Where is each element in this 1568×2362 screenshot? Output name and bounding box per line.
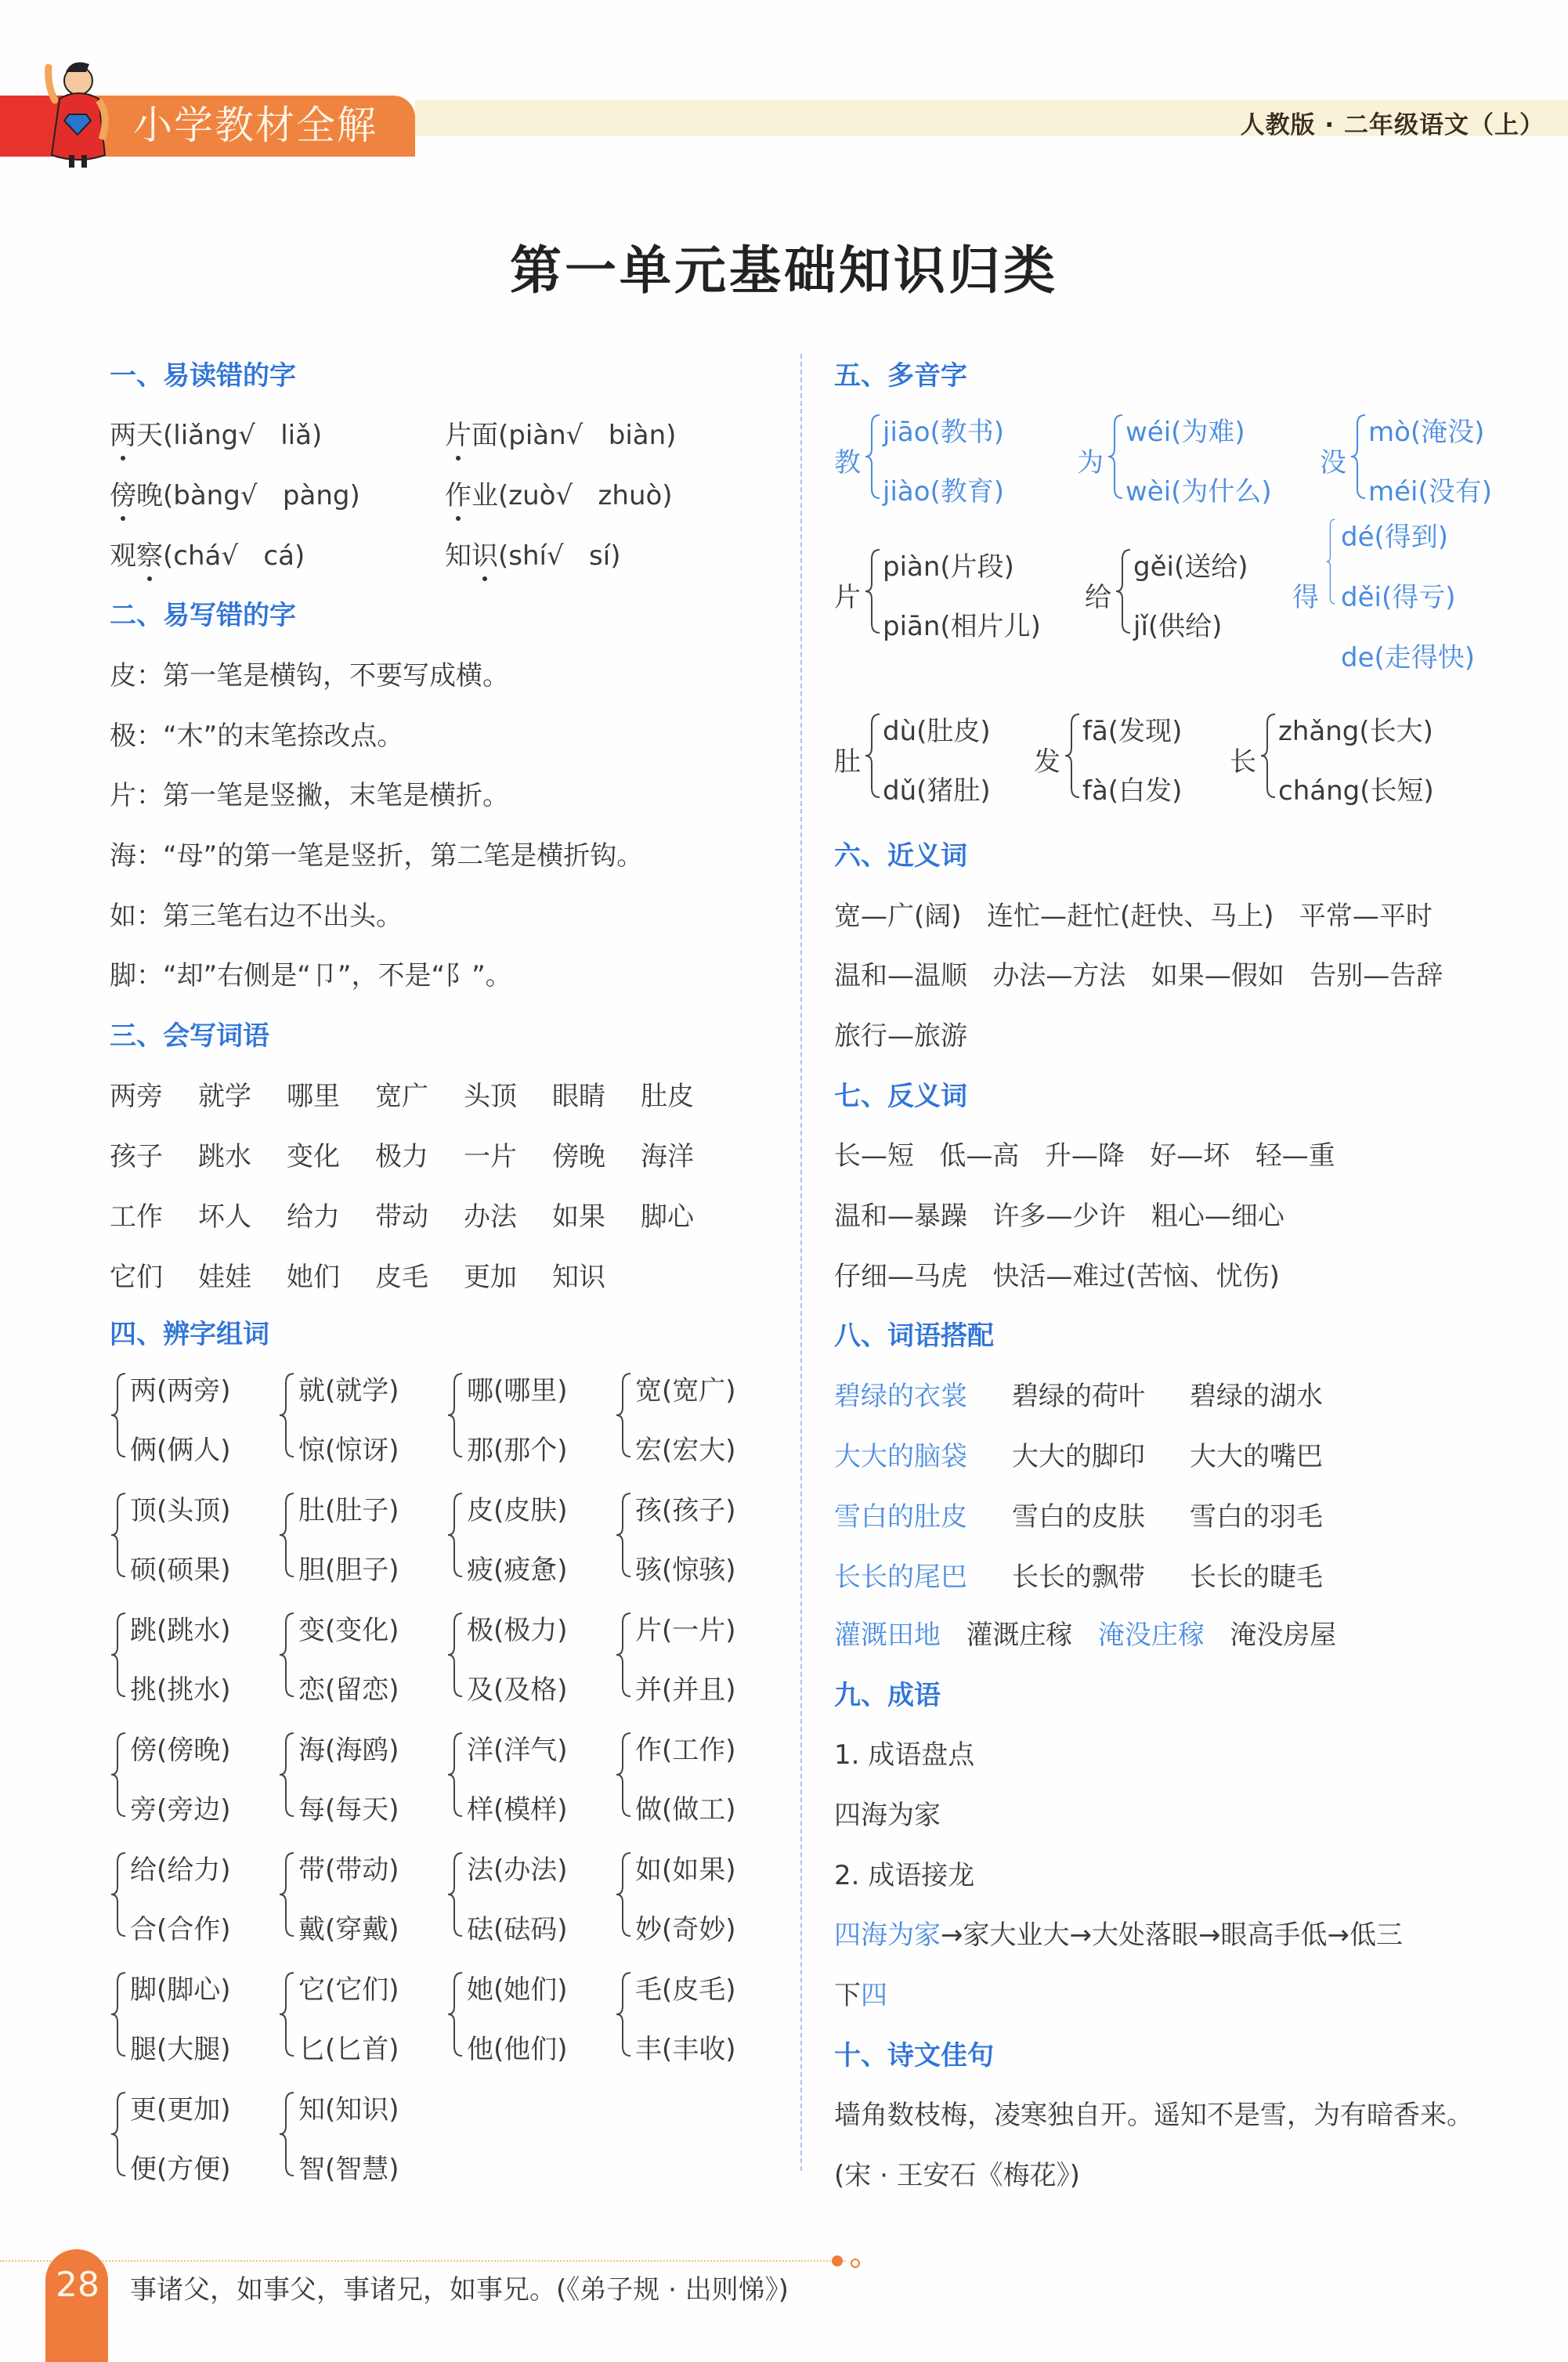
misread-item: 片面(piàn√ biàn) (445, 414, 676, 452)
polyphone-reading: dǔ(猪肚) (883, 769, 991, 807)
brace-icon (1107, 414, 1124, 500)
poem-text: 墙角数枝梅，凌寒独自开。遥知不是雪，为有暗香来。 (834, 2093, 1473, 2132)
word-item: 极力 (375, 1135, 428, 1173)
brace-icon (446, 1851, 464, 1938)
section-title-polyphones: 五、多音字 (834, 354, 967, 392)
brace-icon (278, 1372, 295, 1458)
brace-icon (110, 1732, 127, 1818)
collocation-item: 碧绿的湖水 (1190, 1374, 1323, 1413)
footer-dot-icon (832, 2255, 843, 2266)
brace-icon (110, 1971, 127, 2057)
polyphone-reading: fà(白发) (1082, 769, 1182, 807)
polyphone-reading: wéi(为难) (1125, 410, 1245, 449)
brace-icon (110, 1372, 127, 1458)
brace-icon (110, 1851, 127, 1938)
collocation-item: 大大的脚印 (1012, 1435, 1145, 1473)
misread-item: 作业(zuò√ zhuò) (445, 474, 673, 512)
polyphone-reading: de(走得快) (1341, 636, 1475, 674)
polyphone-char: 肚 (834, 740, 861, 778)
collocation-item: 雪白的肚皮 (834, 1495, 967, 1533)
brace-icon (615, 1971, 632, 2057)
brace-icon (1115, 548, 1132, 634)
word-item: 跳水 (198, 1135, 251, 1173)
idiom-chain-end: 下四 (834, 1974, 887, 2012)
polyphone-reading: piàn(片段) (883, 545, 1014, 583)
brace-icon (1349, 414, 1367, 500)
footer-ring-icon (851, 2259, 860, 2268)
miswrite-item: 片：第一笔是竖撇，末笔是横折。 (110, 774, 509, 812)
word-item: 海洋 (641, 1135, 694, 1173)
polyphone-reading: wèi(为什么) (1125, 470, 1272, 508)
polyphone-char: 片 (834, 576, 861, 614)
word-item: 变化 (287, 1135, 340, 1173)
misread-item: 观察(chá√ cá) (110, 534, 305, 572)
edition-label: 人教版 · 二年级语文（上） (1241, 105, 1545, 140)
brace-icon (278, 1732, 295, 1818)
polyphone-char: 没 (1320, 441, 1346, 479)
idiom-chain: 四海为家→家大业大→大处落眼→眼高手低→低三 (834, 1913, 1403, 1952)
idiom-item: 四海为家 (834, 1793, 941, 1832)
polyphone-char: 教 (834, 441, 861, 479)
miswrite-item: 如：第三笔右边不出头。 (110, 894, 403, 933)
misread-item: 两天(liǎng√ liǎ) (110, 414, 322, 452)
word-item: 她们 (287, 1255, 340, 1294)
synonym-row: 宽—广(阔) 连忙—赶忙(赶快、马上) 平常—平时 (834, 894, 1433, 933)
miswrite-item: 海：“母”的第一笔是竖折，第二笔是横折钩。 (110, 834, 643, 872)
polyphone-reading: zhǎng(长大) (1278, 710, 1433, 748)
brace-icon (278, 1971, 295, 2057)
brace-icon (615, 1732, 632, 1818)
polyphone-reading: dù(肚皮) (883, 710, 991, 748)
brace-icon (1064, 713, 1081, 799)
brace-icon (110, 2091, 127, 2177)
word-item: 两旁 (110, 1074, 163, 1113)
section-title-easy-misread: 一、易读错的字 (110, 354, 296, 392)
antonym-row: 温和—暴躁 许多—少许 粗心—细心 (834, 1194, 1284, 1233)
brace-icon (864, 414, 881, 500)
section-title-idioms: 九、成语 (834, 1674, 941, 1712)
miswrite-item: 极：“木”的末笔捺改点。 (110, 714, 403, 753)
footer-divider (0, 2260, 846, 2262)
polyphone-reading: cháng(长短) (1278, 769, 1434, 807)
polyphone-reading: piān(相片儿) (883, 605, 1041, 643)
antonym-row: 仔细—马虎 快活—难过(苦恼、忧伤) (834, 1255, 1280, 1293)
page-title: 第一单元基础知识归类 (0, 229, 1568, 303)
idiom-subheading: 2. 成语接龙 (834, 1854, 974, 1892)
polyphone-reading: jiào(教育) (883, 470, 1004, 508)
word-item: 它们 (110, 1255, 163, 1294)
brace-icon (615, 1851, 632, 1938)
brace-icon (864, 713, 881, 799)
collocation-row: 灌溉田地 灌溉庄稼 淹没庄稼 淹没房屋 (834, 1613, 1336, 1652)
brace-icon (1259, 713, 1277, 799)
section-title-synonyms: 六、近义词 (834, 834, 967, 872)
polyphone-reading: gěi(送给) (1133, 545, 1248, 583)
word-item: 傍晚 (552, 1135, 605, 1173)
series-title: 小学教材全解 (133, 102, 378, 149)
brace-icon (446, 1732, 464, 1818)
antonym-row: 长—短 低—高 升—降 好—坏 轻—重 (834, 1134, 1335, 1172)
word-item: 娃娃 (198, 1255, 251, 1294)
collocation-item: 大大的嘴巴 (1190, 1435, 1323, 1473)
miswrite-item: 脚：“却”右侧是“卩”，不是“阝”。 (110, 954, 512, 992)
collocation-item: 碧绿的荷叶 (1012, 1374, 1145, 1413)
brace-icon (615, 1372, 632, 1458)
word-item: 工作 (110, 1195, 163, 1233)
idiom-subheading: 1. 成语盘点 (834, 1733, 974, 1771)
brace-icon (278, 1612, 295, 1698)
misread-item: 傍晚(bàng√ pàng) (110, 474, 360, 512)
polyphone-char: 发 (1034, 740, 1060, 778)
polyphone-char: 得 (1292, 576, 1319, 614)
brace-icon (110, 1612, 127, 1698)
superhero-mascot-icon (31, 53, 125, 171)
word-item: 给力 (287, 1195, 340, 1233)
word-item: 带动 (375, 1195, 428, 1233)
word-item: 宽广 (375, 1074, 428, 1113)
word-item: 哪里 (287, 1074, 340, 1113)
word-item: 皮毛 (375, 1255, 428, 1294)
section-title-distinguish-chars: 四、辨字组词 (110, 1313, 269, 1351)
word-item: 脚心 (641, 1195, 694, 1233)
misread-item: 知识(shí√ sí) (445, 534, 621, 572)
word-item: 办法 (464, 1195, 517, 1233)
word-item: 眼睛 (552, 1074, 605, 1113)
brace-icon (278, 1492, 295, 1578)
section-title-antonyms: 七、反义词 (834, 1074, 967, 1113)
brace-icon (615, 1492, 632, 1578)
brace-icon (446, 1492, 464, 1578)
polyphone-reading: jiāo(教书) (883, 410, 1004, 449)
brace-icon (446, 1372, 464, 1458)
collocation-item: 长长的睫毛 (1190, 1555, 1323, 1594)
word-item: 如果 (552, 1195, 605, 1233)
word-item: 坏人 (198, 1195, 251, 1233)
column-divider (800, 354, 802, 2171)
word-item: 更加 (464, 1255, 517, 1294)
polyphone-reading: děi(得亏) (1341, 576, 1455, 614)
collocation-item: 长长的尾巴 (834, 1555, 967, 1594)
synonym-row: 温和—温顺 办法—方法 如果—假如 告别—告辞 (834, 954, 1443, 992)
brace-icon (278, 1851, 295, 1938)
polyphone-char: 长 (1230, 740, 1256, 778)
polyphone-reading: méi(没有) (1368, 470, 1492, 508)
word-item: 知识 (552, 1255, 605, 1294)
word-item: 孩子 (110, 1135, 163, 1173)
polyphone-reading: dé(得到) (1341, 515, 1448, 554)
brace-icon (615, 1612, 632, 1698)
collocation-item: 长长的飘带 (1012, 1555, 1145, 1594)
section-title-easy-miswrite: 二、易写错的字 (110, 594, 296, 632)
footer-quote: 事诸父，如事父，事诸兄，如事兄。(《弟子规 · 出则悌》) (130, 2268, 789, 2306)
section-title-write-words: 三、会写词语 (110, 1014, 269, 1053)
poem-source: (宋 · 王安石《梅花》) (834, 2154, 1080, 2192)
brace-icon (446, 1612, 464, 1698)
collocation-item: 雪白的羽毛 (1190, 1495, 1323, 1533)
collocation-item: 雪白的皮肤 (1012, 1495, 1145, 1533)
polyphone-reading: mò(淹没) (1368, 410, 1484, 449)
word-item: 一片 (464, 1135, 517, 1173)
brace-icon (1322, 518, 1339, 605)
synonym-row: 旅行—旅游 (834, 1014, 967, 1053)
section-title-collocations: 八、词语搭配 (834, 1314, 994, 1353)
word-item: 肚皮 (641, 1074, 694, 1113)
polyphone-char: 为 (1077, 441, 1104, 479)
collocation-item: 大大的脑袋 (834, 1435, 967, 1473)
word-item: 就学 (198, 1074, 251, 1113)
brace-icon (110, 1492, 127, 1578)
polyphone-char: 给 (1085, 576, 1111, 614)
brace-icon (446, 1971, 464, 2057)
section-title-poetry: 十、诗文佳句 (834, 2034, 994, 2072)
brace-icon (278, 2091, 295, 2177)
miswrite-item: 皮：第一笔是横钩，不要写成横。 (110, 654, 509, 692)
brace-icon (864, 548, 881, 634)
polyphone-reading: fā(发现) (1082, 710, 1182, 748)
page-number: 28 (50, 2265, 105, 2305)
collocation-item: 碧绿的衣裳 (834, 1374, 967, 1413)
word-item: 头顶 (464, 1074, 517, 1113)
polyphone-reading: jǐ(供给) (1133, 605, 1222, 643)
